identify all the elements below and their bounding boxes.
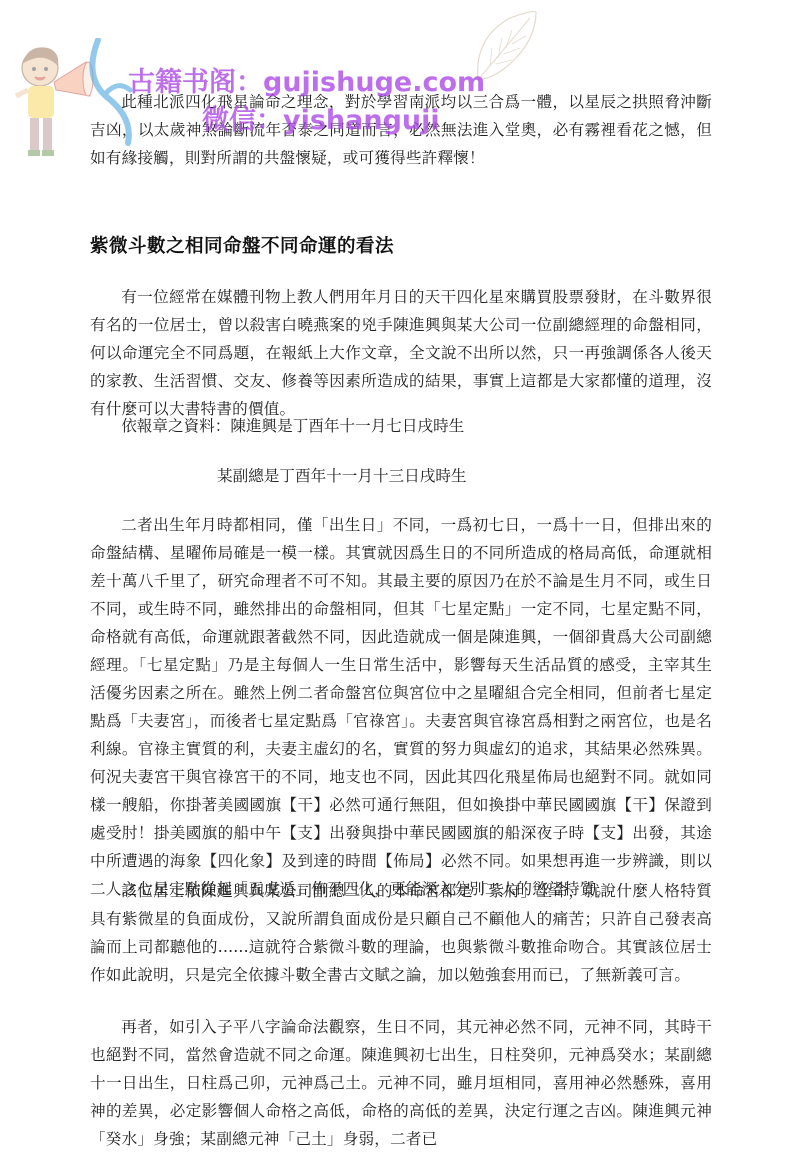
mascot-illustration-icon — [8, 38, 98, 168]
leaf-decoration-icon — [470, 8, 540, 83]
body-paragraph-4: 再者，如引入子平八字論命法觀察，生日不同，其元神必然不同，元神不同，其時干也絕對… — [90, 1013, 712, 1153]
intro-paragraph: 此種北派四化飛星論命之理念，對於學習南派均以三合爲一體，以星辰之拱照脅沖斷吉凶，… — [90, 88, 712, 172]
data-source-line-1: 依報章之資料：陳進興是丁酉年十一月七日戌時生 — [90, 414, 712, 436]
body-paragraph-2: 二者出生年月時都相同，僅「出生日」不同，一爲初七日，一爲十一日，但排出來的命盤結… — [90, 511, 712, 903]
data-source-line-2: 某副總是丁酉年十一月十三日戌時生 — [217, 464, 467, 486]
body-paragraph-3: 該位居士依陳進興與某公司副總二人的本命宮都是「紫府」坐命，就說什麼人格特質具有紫… — [90, 877, 712, 989]
body-paragraph-1: 有一位經常在媒體刊物上教人們用年月日的天干四化星來購買股票發財，在斗數界很有名的… — [90, 283, 712, 423]
section-heading: 紫微斗數之相同命盤不同命運的看法 — [90, 232, 394, 258]
swoosh-decoration-icon — [88, 38, 148, 148]
